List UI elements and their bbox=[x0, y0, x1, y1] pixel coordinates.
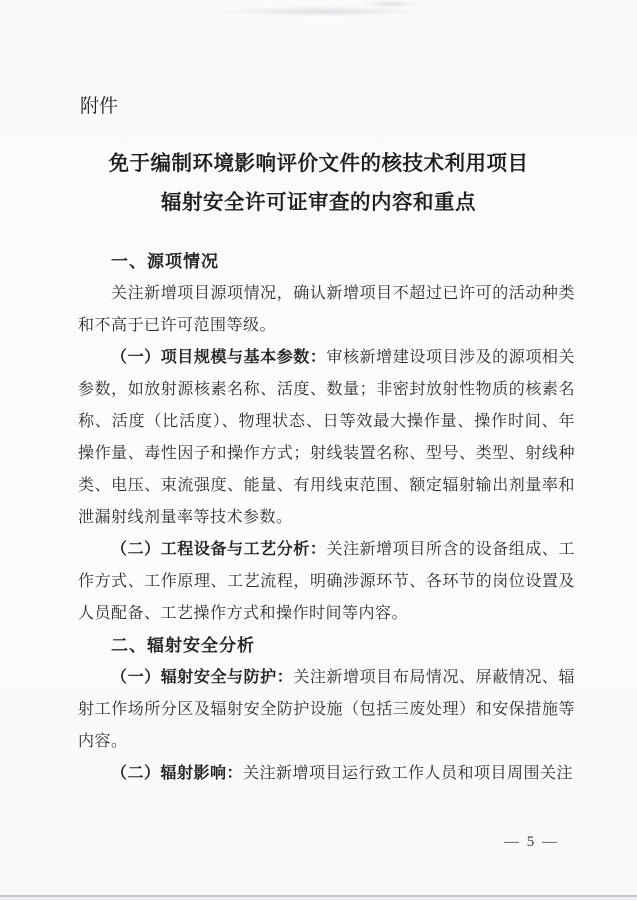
paragraph-source-term-intro: 关注新增项目源项情况，确认新增项目不超过已许可的活动种类和不高于已许可范围等级。 bbox=[78, 278, 575, 342]
scan-bottom-edge-artifact bbox=[0, 895, 637, 900]
page-number: — 5 — bbox=[504, 834, 559, 851]
paragraph-project-scale-parameters: （一）项目规模与基本参数：审核新增建设项目涉及的源项相关参数，如放射源核素名称、… bbox=[78, 342, 575, 534]
section-heading-radiation-safety: 二、辐射安全分析 bbox=[78, 630, 575, 662]
paragraph-lead: （一）辐射安全与防护： bbox=[111, 669, 293, 686]
scan-mark-artifact bbox=[360, 1, 420, 7]
attachment-label: 附件 bbox=[80, 91, 118, 118]
document-title-line-1: 免于编制环境影响评价文件的核技术利用项目 bbox=[0, 144, 637, 183]
paragraph-equipment-process-analysis: （二）工程设备与工艺分析：关注新增项目所含的设备组成、工作方式、工作原理、工艺流… bbox=[78, 534, 575, 630]
document-title: 免于编制环境影响评价文件的核技术利用项目 辐射安全许可证审查的内容和重点 bbox=[0, 144, 637, 222]
document-body: 一、源项情况 关注新增项目源项情况，确认新增项目不超过已许可的活动种类和不高于已… bbox=[78, 246, 575, 790]
paragraph-text: 关注新增项目运行致工作人员和项目周围关注 bbox=[243, 765, 573, 782]
paragraph-radiation-safety-protection: （一）辐射安全与防护：关注新增项目布局情况、屏蔽情况、辐射工作场所分区及辐射安全… bbox=[78, 662, 575, 758]
scan-crease-artifact bbox=[222, 7, 422, 16]
section-heading-source-term: 一、源项情况 bbox=[78, 246, 575, 278]
document-page: 附件 免于编制环境影响评价文件的核技术利用项目 辐射安全许可证审查的内容和重点 … bbox=[0, 0, 637, 900]
document-title-line-2: 辐射安全许可证审查的内容和重点 bbox=[0, 183, 637, 222]
paragraph-lead: （一）项目规模与基本参数： bbox=[111, 349, 326, 366]
paragraph-text: 审核新增建设项目涉及的源项相关参数，如放射源核素名称、活度、数量；非密封放射性物… bbox=[78, 349, 575, 526]
paragraph-lead: （二）工程设备与工艺分析： bbox=[111, 541, 326, 558]
paragraph-lead: （二）辐射影响： bbox=[111, 765, 243, 782]
paragraph-text: 关注新增项目源项情况，确认新增项目不超过已许可的活动种类和不高于已许可范围等级。 bbox=[78, 285, 575, 334]
paragraph-radiation-impact: （二）辐射影响：关注新增项目运行致工作人员和项目周围关注 bbox=[78, 758, 575, 790]
